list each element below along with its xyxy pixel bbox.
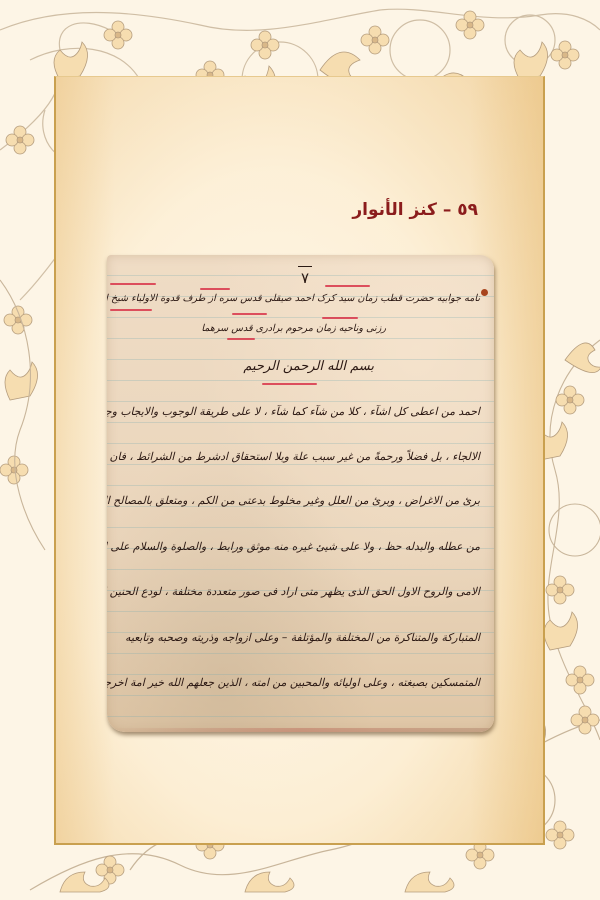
body-line-6: المتبارکة والمتناکرة من المختلفة والمؤتل… xyxy=(125,631,480,644)
body-line-1: احمد من اعطی کل اشآء ، کلا من شآء کما شآ… xyxy=(107,405,480,418)
body-line-2: الالجاء ، بل فضلاً ورحمةً من غیر سبب علة… xyxy=(107,450,480,463)
chapter-title: ٥٩ – كنز الأنوار xyxy=(352,200,478,220)
header-line-2: رزنی وناحیه زمان مرحوم برادری قدس سرهما xyxy=(201,323,386,334)
body-line-3: بریٔ من الاغراض ، وبرئ من العلل وغیر مخل… xyxy=(107,494,480,507)
ink-stain xyxy=(481,289,488,296)
red-underline xyxy=(232,313,267,315)
manuscript-page: ٧ نامه جوابیه حضرت قطب زمان سید کرک احمد… xyxy=(107,255,494,732)
page-edge xyxy=(107,728,494,732)
red-underline xyxy=(110,283,156,285)
page-number: ٧ xyxy=(301,269,309,287)
red-underline xyxy=(325,285,370,287)
red-underline xyxy=(200,288,230,290)
basmala: بسم الله الرحمن الرحیم xyxy=(243,359,374,374)
red-underline xyxy=(322,317,358,319)
red-underline xyxy=(110,309,152,311)
body-line-5: الامی والروح الاول الحق الذی یظهر متی ار… xyxy=(107,585,480,598)
body-line-7: المتمسکین بصبغته ، وعلی اولیائه والمحبین… xyxy=(107,676,480,689)
red-underline xyxy=(227,338,255,340)
red-underline xyxy=(262,383,317,385)
body-line-4: من عطله والبدله حظ ، ولا علی شیئ غیره من… xyxy=(107,540,480,553)
header-line-1: نامه جوابیه حضرت قطب زمان سید کرک احمد ص… xyxy=(107,293,480,304)
floral-ornament-left xyxy=(0,260,50,560)
